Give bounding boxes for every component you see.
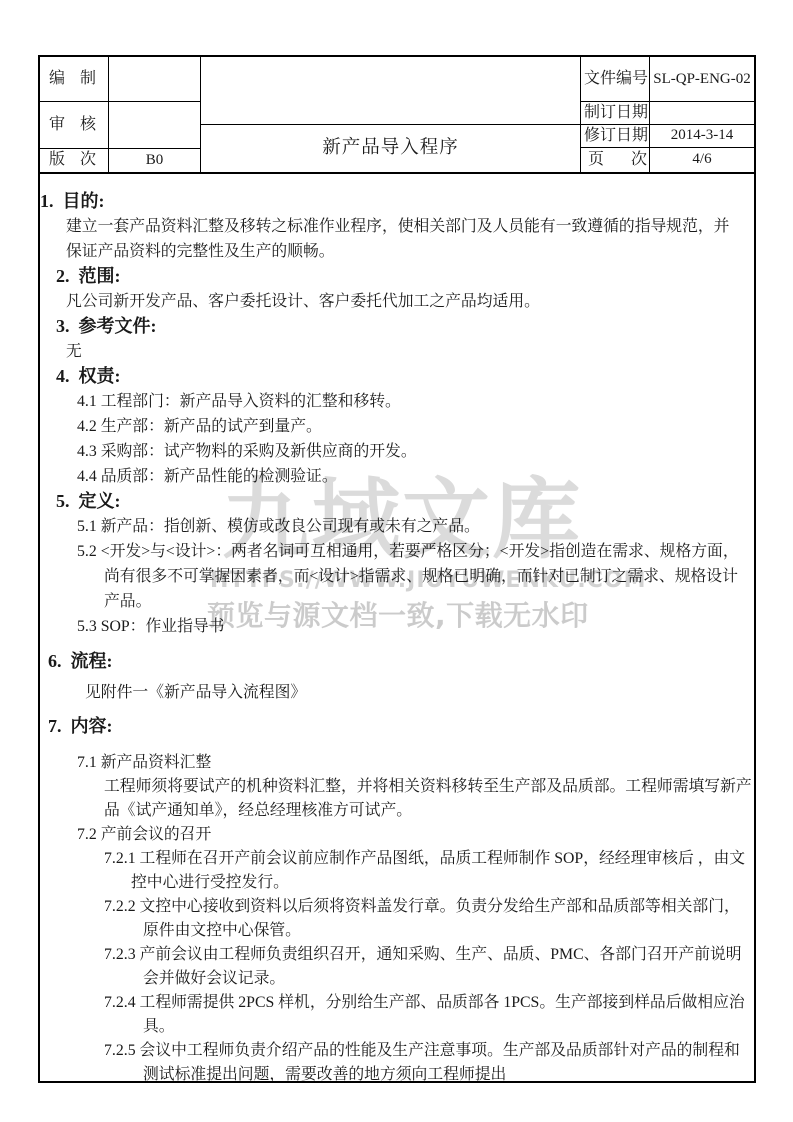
doc-line: 5.2 <开发>与<设计>：两者名词可互相通用，若要严格区分；<开发>指创造在需…	[40, 539, 754, 564]
section-heading: 4. 权责:	[40, 364, 754, 389]
doc-line: 4.1 工程部门：新产品导入资料的汇整和移转。	[40, 389, 754, 414]
section-heading: 7. 内容:	[40, 714, 754, 739]
field-page-label: 页次	[581, 147, 649, 172]
field-doc-number-value: SL-QP-ENG-02	[650, 57, 754, 101]
doc-line: 7.2.4 工程师需提供 2PCS 样机，分别给生产部、品质部各 1PCS。生产…	[40, 991, 754, 1015]
doc-line: 7.2.1 工程师在召开产前会议前应制作产品图纸，品质工程师制作 SOP，经经理…	[40, 847, 754, 871]
doc-line: 4.4 品质部：新产品性能的检测验证。	[40, 464, 754, 489]
field-reviewed-by-label: 审核	[40, 101, 108, 148]
doc-line: 保证产品资料的完整性及生产的顺畅。	[40, 239, 754, 264]
doc-line: 见附件一《新产品导入流程图》	[40, 680, 754, 705]
body-lines: 1. 目的:建立一套产品资料汇整及移转之标准作业程序，使相关部门及人员能有一致遵…	[40, 189, 754, 1083]
field-issue-date-value	[650, 101, 754, 124]
document-title: 新产品导入程序	[201, 124, 580, 172]
doc-line: 控中心进行受控发行。	[40, 871, 754, 895]
doc-line: 工程师须将要试产的机种资料汇整，并将相关资料移转至生产部及品质部。工程师需填写新…	[40, 775, 754, 799]
doc-line: 7.2.3 产前会议由工程师负责组织召开，通知采购、生产、品质、PMC、各部门召…	[40, 943, 754, 967]
doc-line: 建立一套产品资料汇整及移转之标准作业程序，使相关部门及人员能有一致遵循的指导规范…	[40, 214, 754, 239]
section-heading: 2. 范围:	[40, 264, 754, 289]
doc-line: 产品。	[40, 589, 754, 614]
doc-line: 原件由文控中心保管。	[40, 919, 754, 943]
document-body: 1. 目的:建立一套产品资料汇整及移转之标准作业程序，使相关部门及人员能有一致遵…	[38, 172, 756, 1083]
section-heading: 5. 定义:	[40, 489, 754, 514]
doc-line: 7.1 新产品资料汇整	[40, 751, 754, 775]
field-doc-number-label: 文件编号	[581, 57, 649, 101]
doc-line: 品《试产通知单》，经总经理核准方可试产。	[40, 799, 754, 823]
field-revised-date-value: 2014-3-14	[650, 124, 754, 147]
field-reviewed-by-value	[109, 101, 200, 148]
doc-line: 凡公司新开发产品、客户委托设计、客户委托代加工之产品均适用。	[40, 289, 754, 314]
field-prepared-by-label: 编制	[40, 57, 108, 101]
doc-line: 会并做好会议记录。	[40, 967, 754, 991]
doc-line: 具。	[40, 1015, 754, 1039]
field-revision-value: B0	[109, 148, 200, 172]
doc-line: 4.3 采购部：试产物料的采购及新供应商的开发。	[40, 439, 754, 464]
doc-line: 7.2.2 文控中心接收到资料以后须将资料盖发行章。负责分发给生产部和品质部等相…	[40, 895, 754, 919]
section-heading: 6. 流程:	[40, 649, 754, 674]
doc-line: 5.1 新产品：指创新、模仿或改良公司现有或未有之产品。	[40, 514, 754, 539]
doc-line: 4.2 生产部：新产品的试产到量产。	[40, 414, 754, 439]
doc-line: 无	[40, 339, 754, 364]
header-table: 编制 审核 版次 B0 新产品导入程序 文件编号 制订日期 修订日期 页次 SL…	[38, 55, 756, 172]
doc-line: 7.2 产前会议的召开	[40, 823, 754, 847]
section-heading: 3. 参考文件:	[40, 314, 754, 339]
doc-line: 7.2.5 会议中工程师负责介绍产品的性能及生产注意事项。生产部及品质部针对产品…	[40, 1039, 754, 1063]
field-revised-date-label: 修订日期	[581, 124, 649, 147]
field-prepared-by-value	[109, 57, 200, 101]
document-page: 九域文库 HTTPS://WWW.JIUYUWENKU.COM 预览与源文档一致…	[0, 0, 793, 1122]
doc-line: 测试标准提出问题，需要改善的地方须向工程师提出	[40, 1063, 754, 1083]
doc-line: 尚有很多不可掌握因素者，而<设计>指需求、规格已明确，而针对已制订之需求、规格设…	[40, 564, 754, 589]
field-issue-date-label: 制订日期	[581, 101, 649, 124]
field-revision-label: 版次	[40, 148, 108, 172]
field-page-value: 4/6	[650, 147, 754, 172]
doc-line: 5.3 SOP：作业指导书	[40, 614, 754, 639]
section-heading: 1. 目的:	[40, 189, 754, 214]
